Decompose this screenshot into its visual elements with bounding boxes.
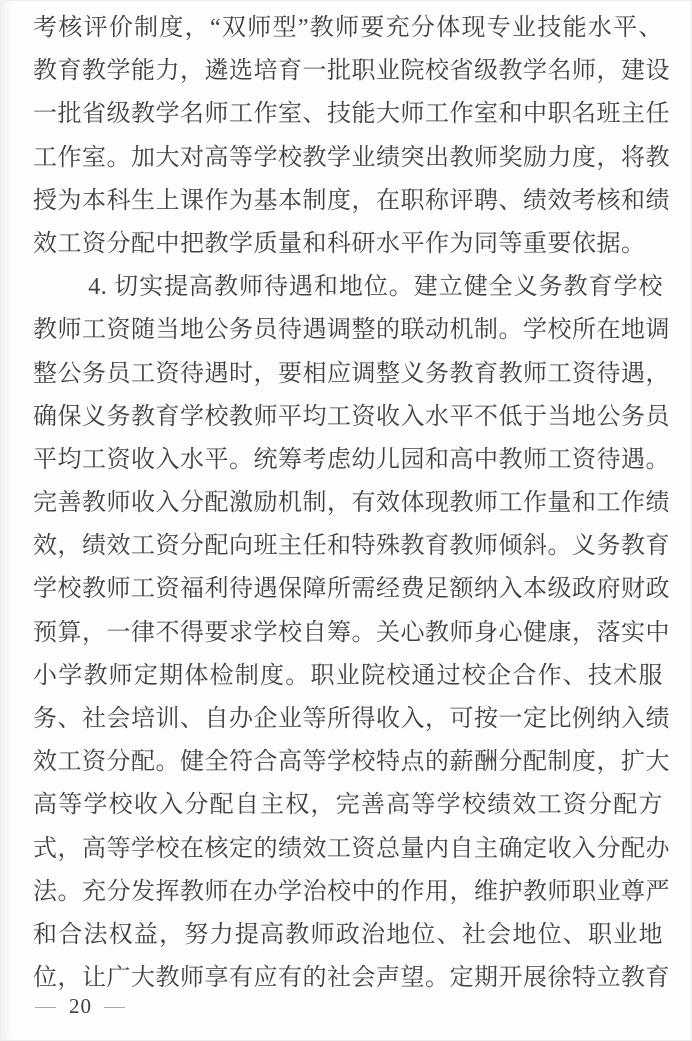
text-line: 效，绩效工资分配向班主任和特殊教育教师倾斜。义务教育 [33, 525, 663, 568]
footer-dash-right: — [104, 996, 126, 1018]
document-page: 考核评价制度，“双师型”教师要充分体现专业技能水平、 教育教学能力，遴选培育一批… [0, 0, 692, 1041]
text-line: 效工资分配中把教学质量和科研水平作为同等重要依据。 [33, 223, 663, 266]
page-number: 20 [69, 994, 92, 1019]
text-line: 小学教师定期体检制度。职业院校通过校企合作、技术服 [33, 655, 663, 698]
footer-dash-left: — [35, 996, 57, 1018]
text-line: 确保义务教育学校教师平均工资收入水平不低于当地公务员 [33, 396, 663, 439]
text-line: 法。充分发挥教师在办学治校中的作用，维护教师职业尊严 [33, 871, 663, 914]
text-line: 学校教师工资福利待遇保障所需经费足额纳入本级政府财政 [33, 568, 663, 611]
text-line: 教育教学能力，遴选培育一批职业院校省级教学名师，建设 [33, 50, 663, 93]
text-line-paragraph-start: 4. 切实提高教师待遇和地位。建立健全义务教育学校 [33, 266, 663, 309]
text-line: 效工资分配。健全符合高等学校特点的薪酬分配制度，扩大 [33, 741, 663, 784]
text-line: 预算，一律不得要求学校自筹。关心教师身心健康，落实中 [33, 612, 663, 655]
text-line: 授为本科生上课作为基本制度，在职称评聘、绩效考核和绩 [33, 180, 663, 223]
text-line: 考核评价制度，“双师型”教师要充分体现专业技能水平、 [33, 7, 663, 50]
text-line: 式，高等学校在核定的绩效工资总量内自主确定收入分配办 [33, 828, 663, 871]
text-line: 高等学校收入分配自主权，完善高等学校绩效工资分配方 [33, 784, 663, 827]
text-line: 一批省级教学名师工作室、技能大师工作室和中职名班主任 [33, 93, 663, 136]
text-line: 位，让广大教师享有应有的社会声望。定期开展徐特立教育 [33, 957, 663, 1000]
text-line: 整公务员工资待遇时，要相应调整义务教育教师工资待遇， [33, 353, 663, 396]
text-line: 完善教师收入分配激励机制，有效体现教师工作量和工作绩 [33, 482, 663, 525]
text-line: 工作室。加大对高等学校教学业绩突出教师奖励力度，将教 [33, 137, 663, 180]
text-line: 教师工资随当地公务员待遇调整的联动机制。学校所在地调 [33, 309, 663, 352]
text-line: 和合法权益，努力提高教师政治地位、社会地位、职业地 [33, 914, 663, 957]
page-footer: — 20 — [36, 994, 125, 1019]
text-line: 务、社会培训、自办企业等所得收入，可按一定比例纳入绩 [33, 698, 663, 741]
body-text: 考核评价制度，“双师型”教师要充分体现专业技能水平、 教育教学能力，遴选培育一批… [33, 7, 663, 1000]
text-line: 平均工资收入水平。统筹考虑幼儿园和高中教师工资待遇。 [33, 439, 663, 482]
